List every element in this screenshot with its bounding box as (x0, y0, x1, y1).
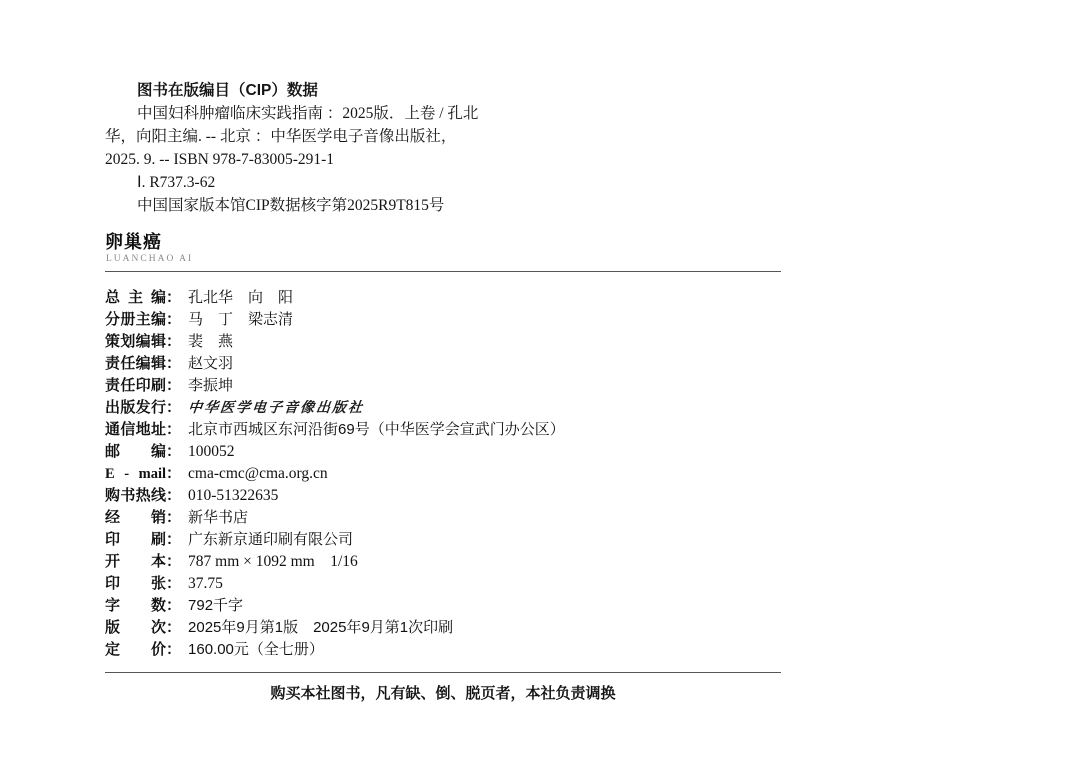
row-value: 李振坤 (188, 375, 233, 397)
row-value: cma-cmc@cma.org.cn (188, 463, 328, 485)
cip-line: 中国妇科肿瘤临床实践指南 ：2025版．上卷 / 孔北 (105, 102, 781, 125)
row-value: 北京市西城区东河沿街69号（中华医学会宣武门办公区） (188, 419, 565, 441)
row-colon: ： (166, 397, 181, 419)
colophon: 总主编：孔北华 向 阳 分册主编：马 丁 梁志清 策划编辑：裴 燕 责任编辑：赵… (105, 287, 781, 661)
colophon-row: 经销：新华书店 (105, 507, 781, 529)
row-label: 责任印刷 (105, 375, 166, 397)
row-value: 787 mm × 1092 mm 1/16 (188, 551, 358, 573)
colophon-row: 定价：160.00元（全七册） (105, 639, 781, 661)
cip-title: 图书在版编目（CIP）数据 (105, 79, 781, 102)
cip-line: 2025. 9. -- ISBN 978-7-83005-291-1 (105, 148, 781, 171)
cip-line: Ⅰ. R737.3-62 (105, 171, 781, 194)
colophon-row: 购书热线：010-51322635 (105, 485, 781, 507)
row-value: 赵文羽 (188, 353, 233, 375)
row-label: 邮编 (105, 441, 166, 463)
colophon-row: 责任编辑：赵文羽 (105, 353, 781, 375)
copyright-page: 图书在版编目（CIP）数据 中国妇科肿瘤临床实践指南 ：2025版．上卷 / 孔… (0, 0, 1080, 768)
row-label: 通信地址 (105, 419, 166, 441)
row-colon: ： (166, 309, 181, 331)
row-colon: ： (166, 485, 181, 507)
footer-note: 购买本社图书，凡有缺、倒、脱页者，本社负责调换 (105, 682, 781, 703)
colophon-row: 通信地址：北京市西城区东河沿街69号（中华医学会宣武门办公区） (105, 419, 781, 441)
row-value: 2025年9月第1版 2025年9月第1次印刷 (188, 617, 453, 639)
row-value: 中华医学电子音像出版社 (187, 398, 365, 420)
row-colon: ： (166, 441, 181, 463)
row-colon: ： (166, 639, 181, 661)
row-colon: ： (166, 507, 181, 529)
row-label: 开本 (105, 551, 166, 573)
row-colon: ： (166, 551, 181, 573)
colophon-row: 印刷：广东新京通印刷有限公司 (105, 529, 781, 551)
row-colon: ： (166, 287, 181, 309)
row-colon: ： (166, 375, 181, 397)
row-colon: ： (166, 463, 181, 485)
row-label: 总主编 (105, 287, 166, 309)
row-value: 010-51322635 (188, 485, 278, 507)
row-label: 策划编辑 (105, 331, 166, 353)
colophon-row: E - mail：cma-cmc@cma.org.cn (105, 463, 781, 485)
row-label: 印刷 (105, 529, 166, 551)
row-label: 责任编辑 (105, 353, 166, 375)
book-title: 卵巢癌 (105, 228, 162, 254)
colophon-row: 印张：37.75 (105, 573, 781, 595)
row-value: 792千字 (188, 595, 243, 617)
row-label: 分册主编 (105, 309, 166, 331)
colophon-row: 分册主编：马 丁 梁志清 (105, 309, 781, 331)
row-label: 出版发行 (105, 397, 166, 419)
row-value: 37.75 (188, 573, 223, 595)
row-label: 经销 (105, 507, 166, 529)
colophon-row: 字数：792千字 (105, 595, 781, 617)
divider-line-bottom (105, 672, 781, 673)
row-value: 孔北华 向 阳 (188, 287, 293, 309)
colophon-row: 出版发行：中华医学电子音像出版社 (105, 397, 781, 419)
row-value: 马 丁 梁志清 (188, 309, 293, 331)
colophon-row: 责任印刷：李振坤 (105, 375, 781, 397)
row-label: 定价 (105, 639, 166, 661)
row-colon: ： (166, 573, 181, 595)
colophon-row: 开本：787 mm × 1092 mm 1/16 (105, 551, 781, 573)
row-label: E - mail (105, 463, 166, 485)
cip-lines: 中国妇科肿瘤临床实践指南 ：2025版．上卷 / 孔北 华，向阳主编. -- 北… (105, 102, 781, 217)
row-label: 印张 (105, 573, 166, 595)
divider-line-top (105, 271, 781, 272)
book-title-pinyin: LUANCHAO AI (106, 254, 193, 264)
row-colon: ： (166, 595, 181, 617)
row-label: 购书热线 (105, 485, 166, 507)
colophon-row: 版次：2025年9月第1版 2025年9月第1次印刷 (105, 617, 781, 639)
row-value: 裴 燕 (188, 331, 233, 353)
colophon-row: 邮编：100052 (105, 441, 781, 463)
row-label: 字数 (105, 595, 166, 617)
row-value: 新华书店 (188, 507, 248, 529)
row-colon: ： (166, 331, 181, 353)
colophon-row: 策划编辑：裴 燕 (105, 331, 781, 353)
cip-line: 华，向阳主编. -- 北京 ：中华医学电子音像出版社， (105, 125, 781, 148)
colophon-row: 总主编：孔北华 向 阳 (105, 287, 781, 309)
row-colon: ： (166, 529, 181, 551)
row-colon: ： (166, 617, 181, 639)
row-value: 160.00元（全七册） (188, 639, 324, 661)
cip-line: 中国国家版本馆CIP数据核字第2025R9T815号 (105, 194, 781, 217)
row-value: 100052 (188, 441, 235, 463)
row-colon: ： (166, 353, 181, 375)
row-colon: ： (166, 419, 181, 441)
row-label: 版次 (105, 617, 166, 639)
row-value: 广东新京通印刷有限公司 (188, 529, 353, 551)
cip-block: 图书在版编目（CIP）数据 中国妇科肿瘤临床实践指南 ：2025版．上卷 / 孔… (105, 79, 781, 217)
